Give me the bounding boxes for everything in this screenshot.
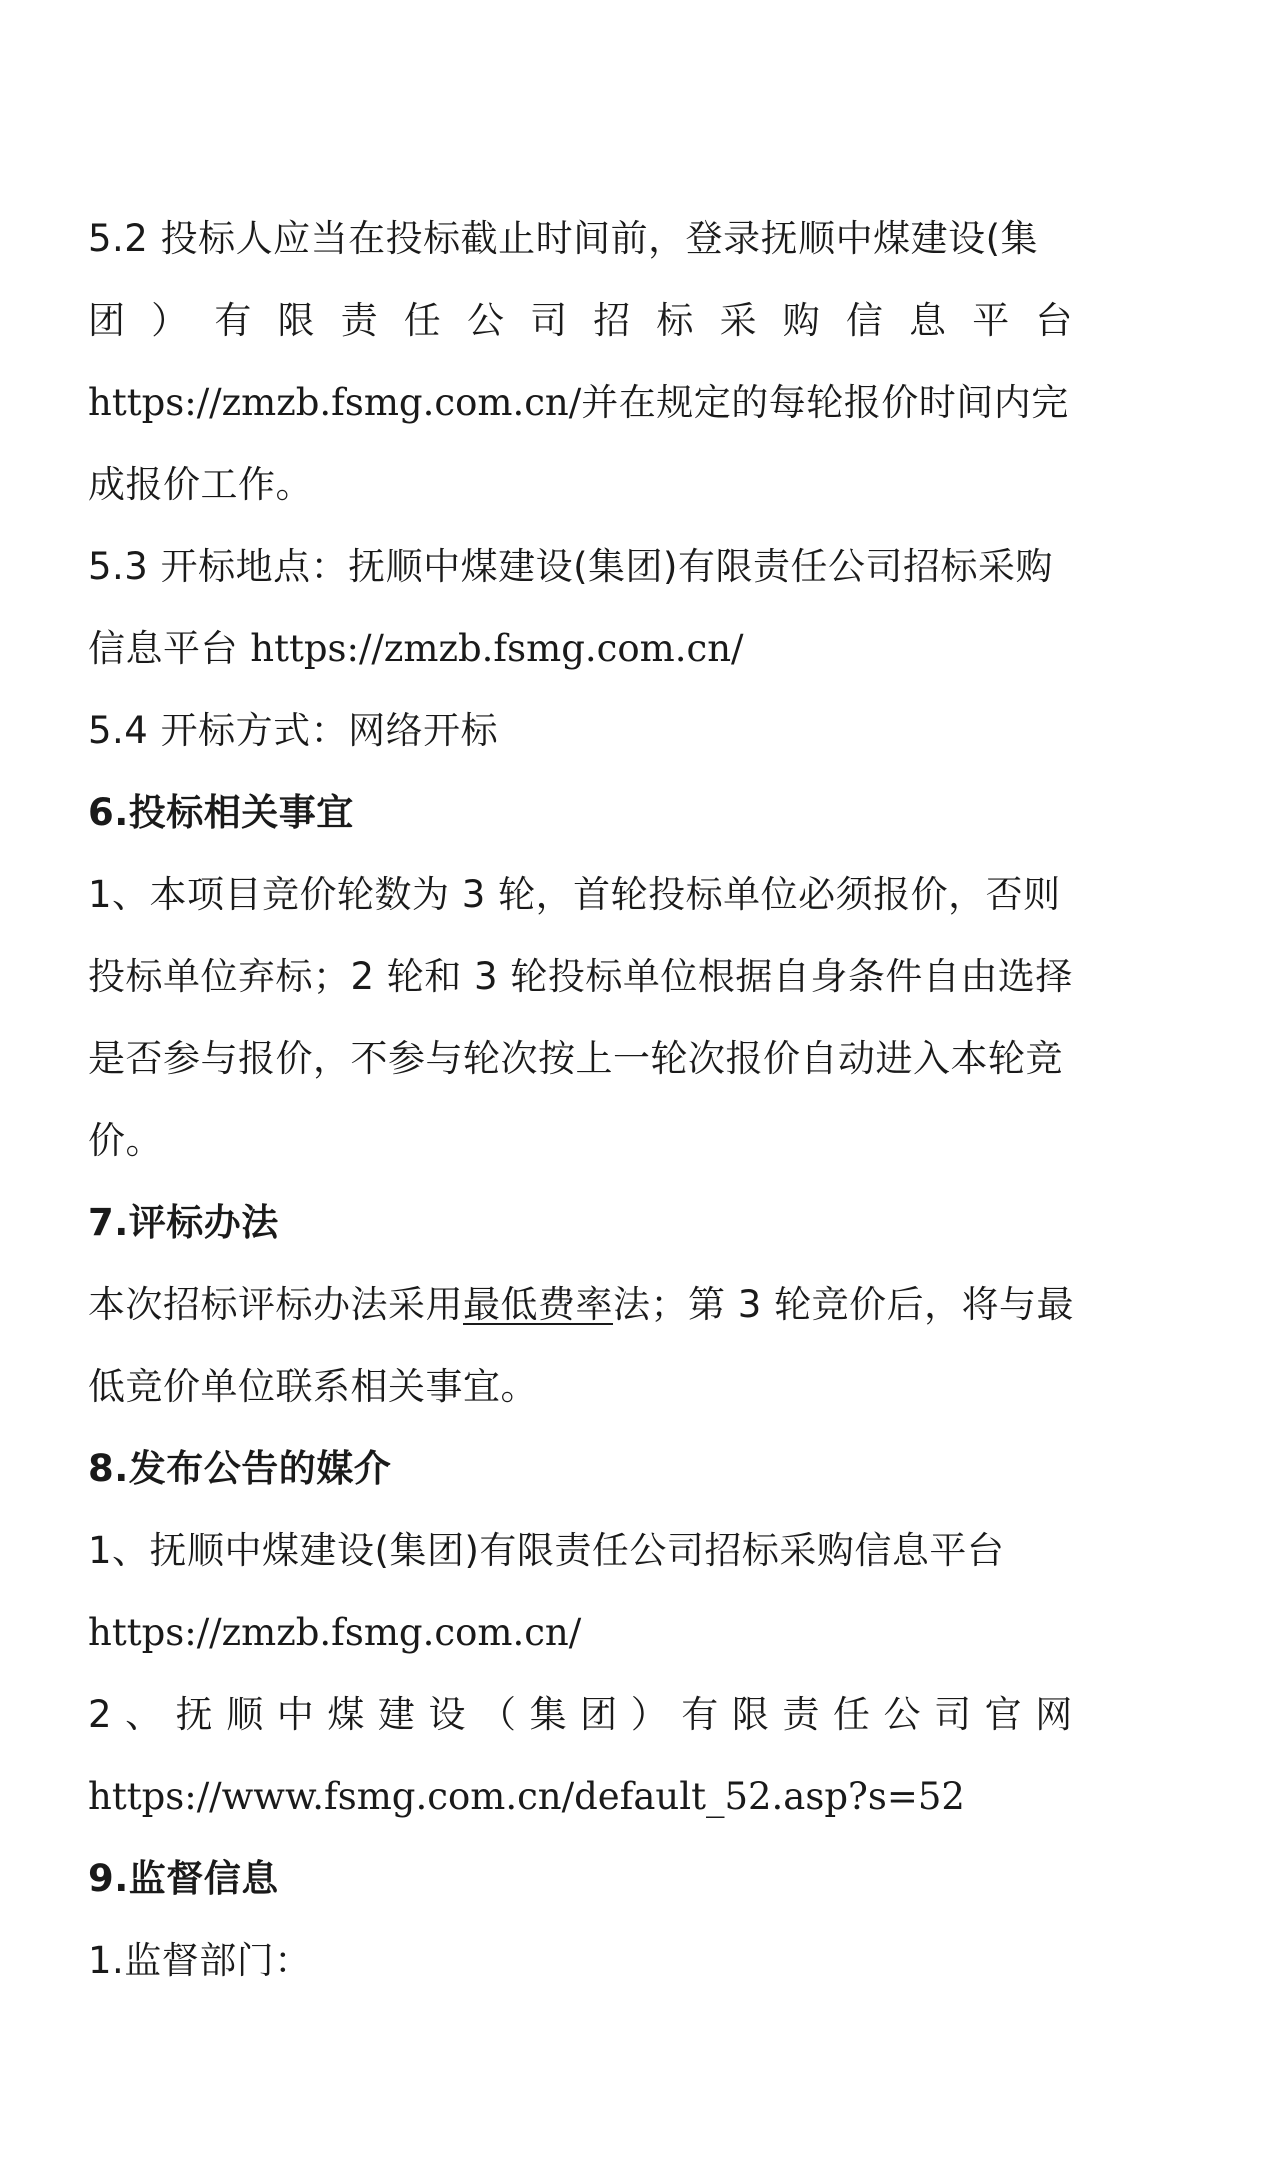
char: 官	[985, 1674, 1023, 1756]
section-7-line-2: 低竞价单位联系相关事宜。	[88, 1346, 1088, 1428]
char: ）	[631, 1674, 669, 1756]
section-5-3-line-2-label: 信息平台	[88, 627, 250, 670]
char: 建	[378, 1674, 416, 1756]
char: 限	[277, 280, 315, 362]
platform-link[interactable]: https://zmzb.fsmg.com.cn/	[88, 381, 581, 424]
section-7-line-1: 本次招标评标办法采用最低费率法；第 3 轮竞价后，将与最	[88, 1264, 1088, 1346]
char: 限	[732, 1674, 770, 1756]
char: 任	[833, 1674, 871, 1756]
section-5-3-line-1: 5.3 开标地点：抚顺中煤建设(集团)有限责任公司招标采购	[88, 526, 1088, 608]
section-9-heading: 9.监督信息	[88, 1838, 1088, 1920]
char: 煤	[327, 1674, 365, 1756]
section-6-line-3: 是否参与报价，不参与轮次按上一轮次报价自动进入本轮竞	[88, 1018, 1088, 1100]
char: 任	[404, 280, 442, 362]
media-item-2-label: 2、抚顺中煤建设（集团）有限责任公司官网	[88, 1674, 1073, 1756]
char: 集	[530, 1674, 568, 1756]
section-5-2-line-3: https://zmzb.fsmg.com.cn/并在规定的每轮报价时间内完	[88, 362, 1088, 444]
section-5-2-line-2: 团）有限责任公司招标采购信息平台	[88, 280, 1073, 362]
char: 中	[277, 1674, 315, 1756]
section-8-heading: 8.发布公告的媒介	[88, 1428, 1088, 1510]
char: 司	[530, 280, 568, 362]
section-9-line-1: 1.监督部门：	[88, 1920, 1088, 2002]
char: （	[479, 1674, 517, 1756]
char: 有	[214, 280, 252, 362]
section-5-2-line-1: 5.2 投标人应当在投标截止时间前，登录抚顺中煤建设(集	[88, 198, 1088, 280]
char: 台	[1035, 280, 1073, 362]
section-5-3-line-2: 信息平台 https://zmzb.fsmg.com.cn/	[88, 608, 1088, 690]
char: 司	[934, 1674, 972, 1756]
char: 标	[656, 280, 694, 362]
section-7-text: 本次招标评标办法采用	[88, 1283, 463, 1326]
section-5-2-line-4: 成报价工作。	[88, 444, 1088, 526]
media-item-1-link[interactable]: https://zmzb.fsmg.com.cn/	[88, 1592, 1088, 1674]
char: ）	[151, 280, 189, 362]
section-7-heading: 7.评标办法	[88, 1182, 1088, 1264]
char: 网	[1035, 1674, 1073, 1756]
char: 团	[88, 280, 126, 362]
section-7-text: 法；第 3 轮竞价后，将与最	[613, 1283, 1074, 1326]
char: 团	[580, 1674, 618, 1756]
char: 设	[428, 1674, 466, 1756]
char: 责	[341, 280, 379, 362]
underlined-term: 最低费率	[463, 1283, 613, 1326]
char: 信	[846, 280, 884, 362]
char: 购	[783, 280, 821, 362]
char: 顺	[226, 1674, 264, 1756]
char: 公	[884, 1674, 922, 1756]
char: 责	[782, 1674, 820, 1756]
section-5-4-line-1: 5.4 开标方式：网络开标	[88, 690, 1088, 772]
document-body: 5.2 投标人应当在投标截止时间前，登录抚顺中煤建设(集 团）有限责任公司招标采…	[88, 198, 1088, 2002]
char: 平	[972, 280, 1010, 362]
section-6-heading: 6.投标相关事宜	[88, 772, 1088, 854]
char: 抚	[176, 1674, 214, 1756]
char: 公	[467, 280, 505, 362]
section-6-line-2: 投标单位弃标；2 轮和 3 轮投标单位根据自身条件自由选择	[88, 936, 1088, 1018]
char: 息	[909, 280, 947, 362]
platform-link[interactable]: https://zmzb.fsmg.com.cn/	[250, 627, 743, 670]
char: 采	[720, 280, 758, 362]
section-6-line-1: 1、本项目竞价轮数为 3 轮，首轮投标单位必须报价，否则	[88, 854, 1088, 936]
section-6-line-4: 价。	[88, 1100, 1088, 1182]
char: 、	[125, 1674, 163, 1756]
media-item-2-link[interactable]: https://www.fsmg.com.cn/default_52.asp?s…	[88, 1756, 1088, 1838]
section-5-2-line-3-rest: 并在规定的每轮报价时间内完	[581, 381, 1069, 424]
char: 招	[593, 280, 631, 362]
media-item-1-label: 1、抚顺中煤建设(集团)有限责任公司招标采购信息平台	[88, 1510, 1088, 1592]
char: 2	[88, 1674, 112, 1756]
char: 有	[681, 1674, 719, 1756]
